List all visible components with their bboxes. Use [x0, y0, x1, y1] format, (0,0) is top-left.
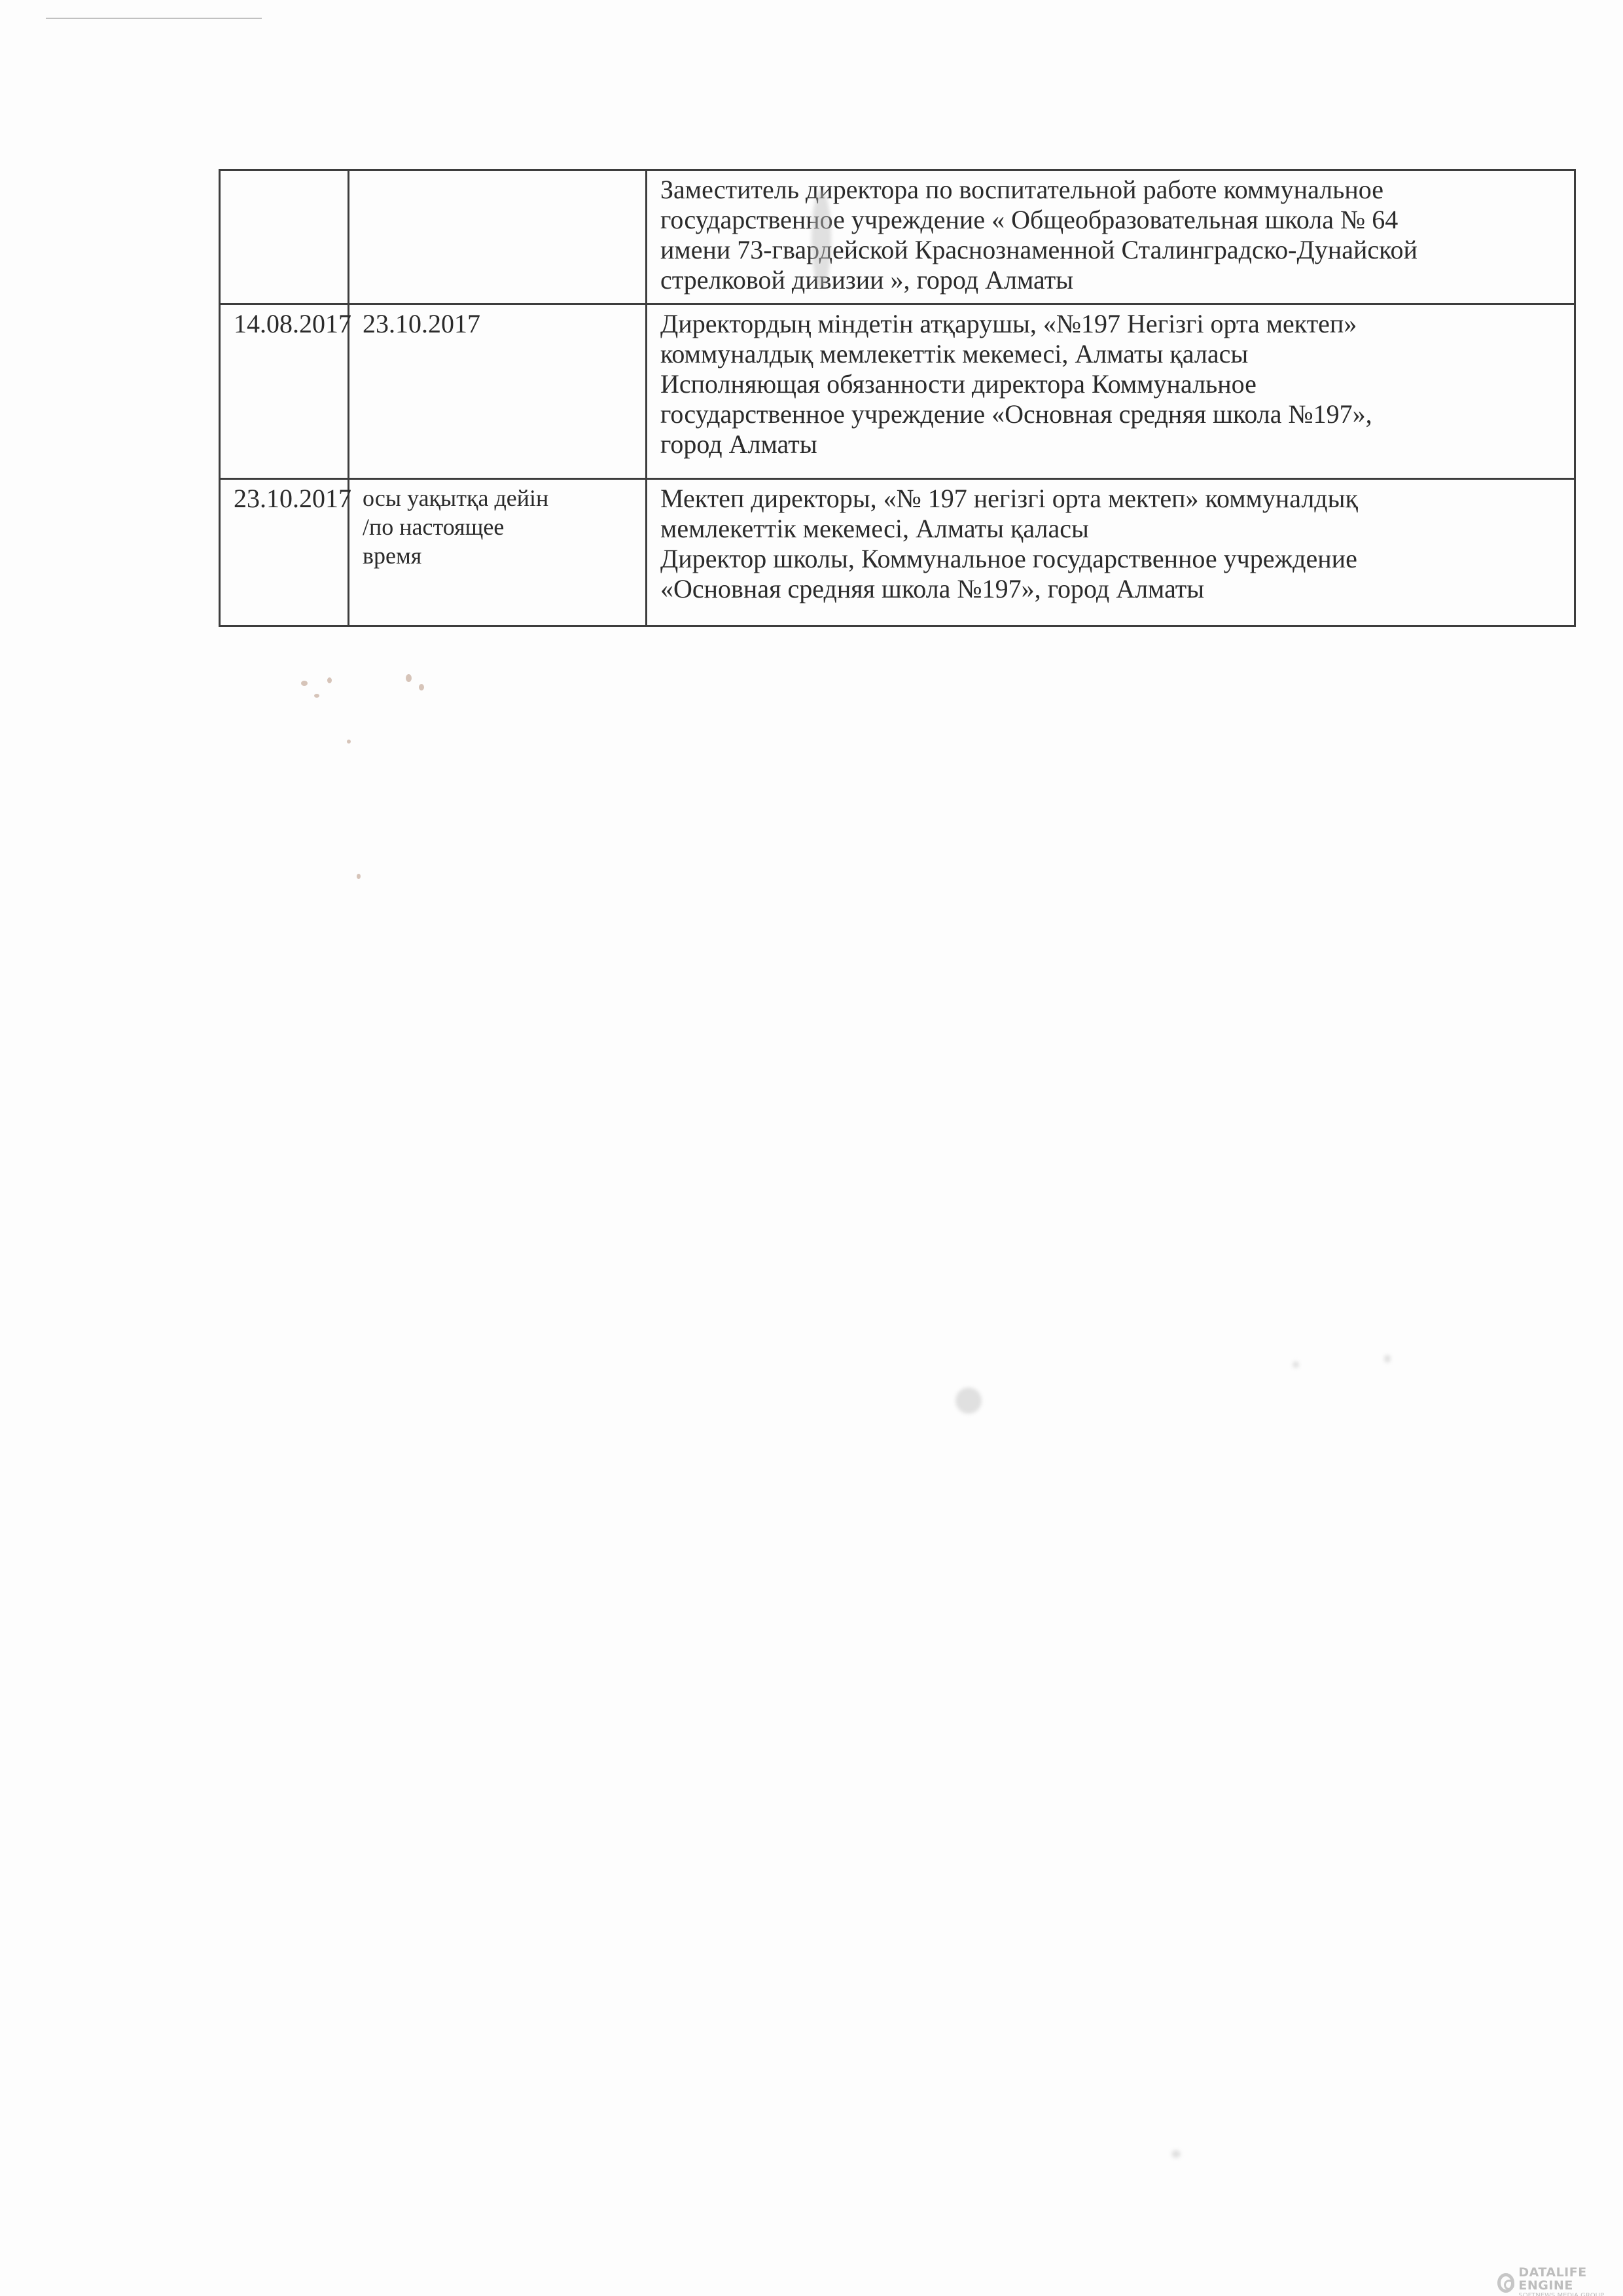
scan-stain	[314, 694, 319, 698]
watermark-subtitle: SOFTNEWS MEDIA GROUP	[1518, 2292, 1623, 2296]
description-line: «Основная средняя школа №197», город Алм…	[660, 574, 1565, 604]
scan-stain	[301, 681, 308, 686]
description-line: государственное учреждение « Общеобразов…	[660, 205, 1565, 235]
description-line: государственное учреждение «Основная сре…	[660, 399, 1565, 429]
datalife-logo-icon	[1497, 2273, 1514, 2293]
scan-stain	[406, 674, 412, 682]
scan-smudge	[811, 190, 831, 288]
description-line: мемлекеттік мекемесі, Алматы қаласы	[660, 514, 1565, 544]
description-line: Исполняющая обязанности директора Коммун…	[660, 369, 1565, 399]
scan-smudge	[1171, 2150, 1181, 2158]
scan-smudge	[1384, 1355, 1391, 1363]
scan-smudge	[955, 1388, 982, 1414]
scan-stain	[357, 874, 361, 879]
scan-stain	[347, 740, 351, 744]
to-date-line: /по настоящее	[363, 512, 636, 541]
table-row: 23.10.2017 осы уақытқа дейін /по настоящ…	[220, 479, 1575, 626]
cell-position-description: Заместитель директора по воспитательной …	[647, 170, 1575, 304]
description-line: Директор школы, Коммунальное государстве…	[660, 544, 1565, 574]
employment-record-table: Заместитель директора по воспитательной …	[219, 169, 1576, 627]
description-line: стрелковой дивизии », город Алматы	[660, 265, 1565, 295]
cell-to-date: 23.10.2017	[349, 304, 647, 479]
description-line: Заместитель директора по воспитательной …	[660, 175, 1565, 205]
scan-smudge	[1293, 1361, 1299, 1368]
cell-to-date: осы уақытқа дейін /по настоящее время	[349, 479, 647, 626]
description-line: имени 73-гвардейской Краснознаменной Ста…	[660, 235, 1565, 265]
cell-from-date	[220, 170, 349, 304]
cell-to-date	[349, 170, 647, 304]
description-line: Директордың міндетін атқарушы, «№197 Нег…	[660, 309, 1565, 339]
watermark-title: DATALIFE ENGINE	[1518, 2266, 1623, 2292]
cell-position-description: Директордың міндетін атқарушы, «№197 Нег…	[647, 304, 1575, 479]
description-line: город Алматы	[660, 429, 1565, 459]
scan-edge-line	[46, 18, 262, 19]
to-date-line: осы уақытқа дейін	[363, 484, 636, 512]
description-line: коммуналдық мемлекеттік мекемесі, Алматы…	[660, 339, 1565, 369]
cell-position-description: Мектеп директоры, «№ 197 негізгі орта ме…	[647, 479, 1575, 626]
cell-from-date: 14.08.2017	[220, 304, 349, 479]
table-row: 14.08.2017 23.10.2017 Директордың міндет…	[220, 304, 1575, 479]
scan-stain	[327, 677, 332, 683]
description-line: Мектеп директоры, «№ 197 негізгі орта ме…	[660, 484, 1565, 514]
scan-stain	[419, 684, 424, 691]
cell-from-date: 23.10.2017	[220, 479, 349, 626]
to-date-line: время	[363, 541, 636, 570]
datalife-engine-watermark: DATALIFE ENGINE SOFTNEWS MEDIA GROUP	[1497, 2266, 1623, 2296]
table-row: Заместитель директора по воспитательной …	[220, 170, 1575, 304]
